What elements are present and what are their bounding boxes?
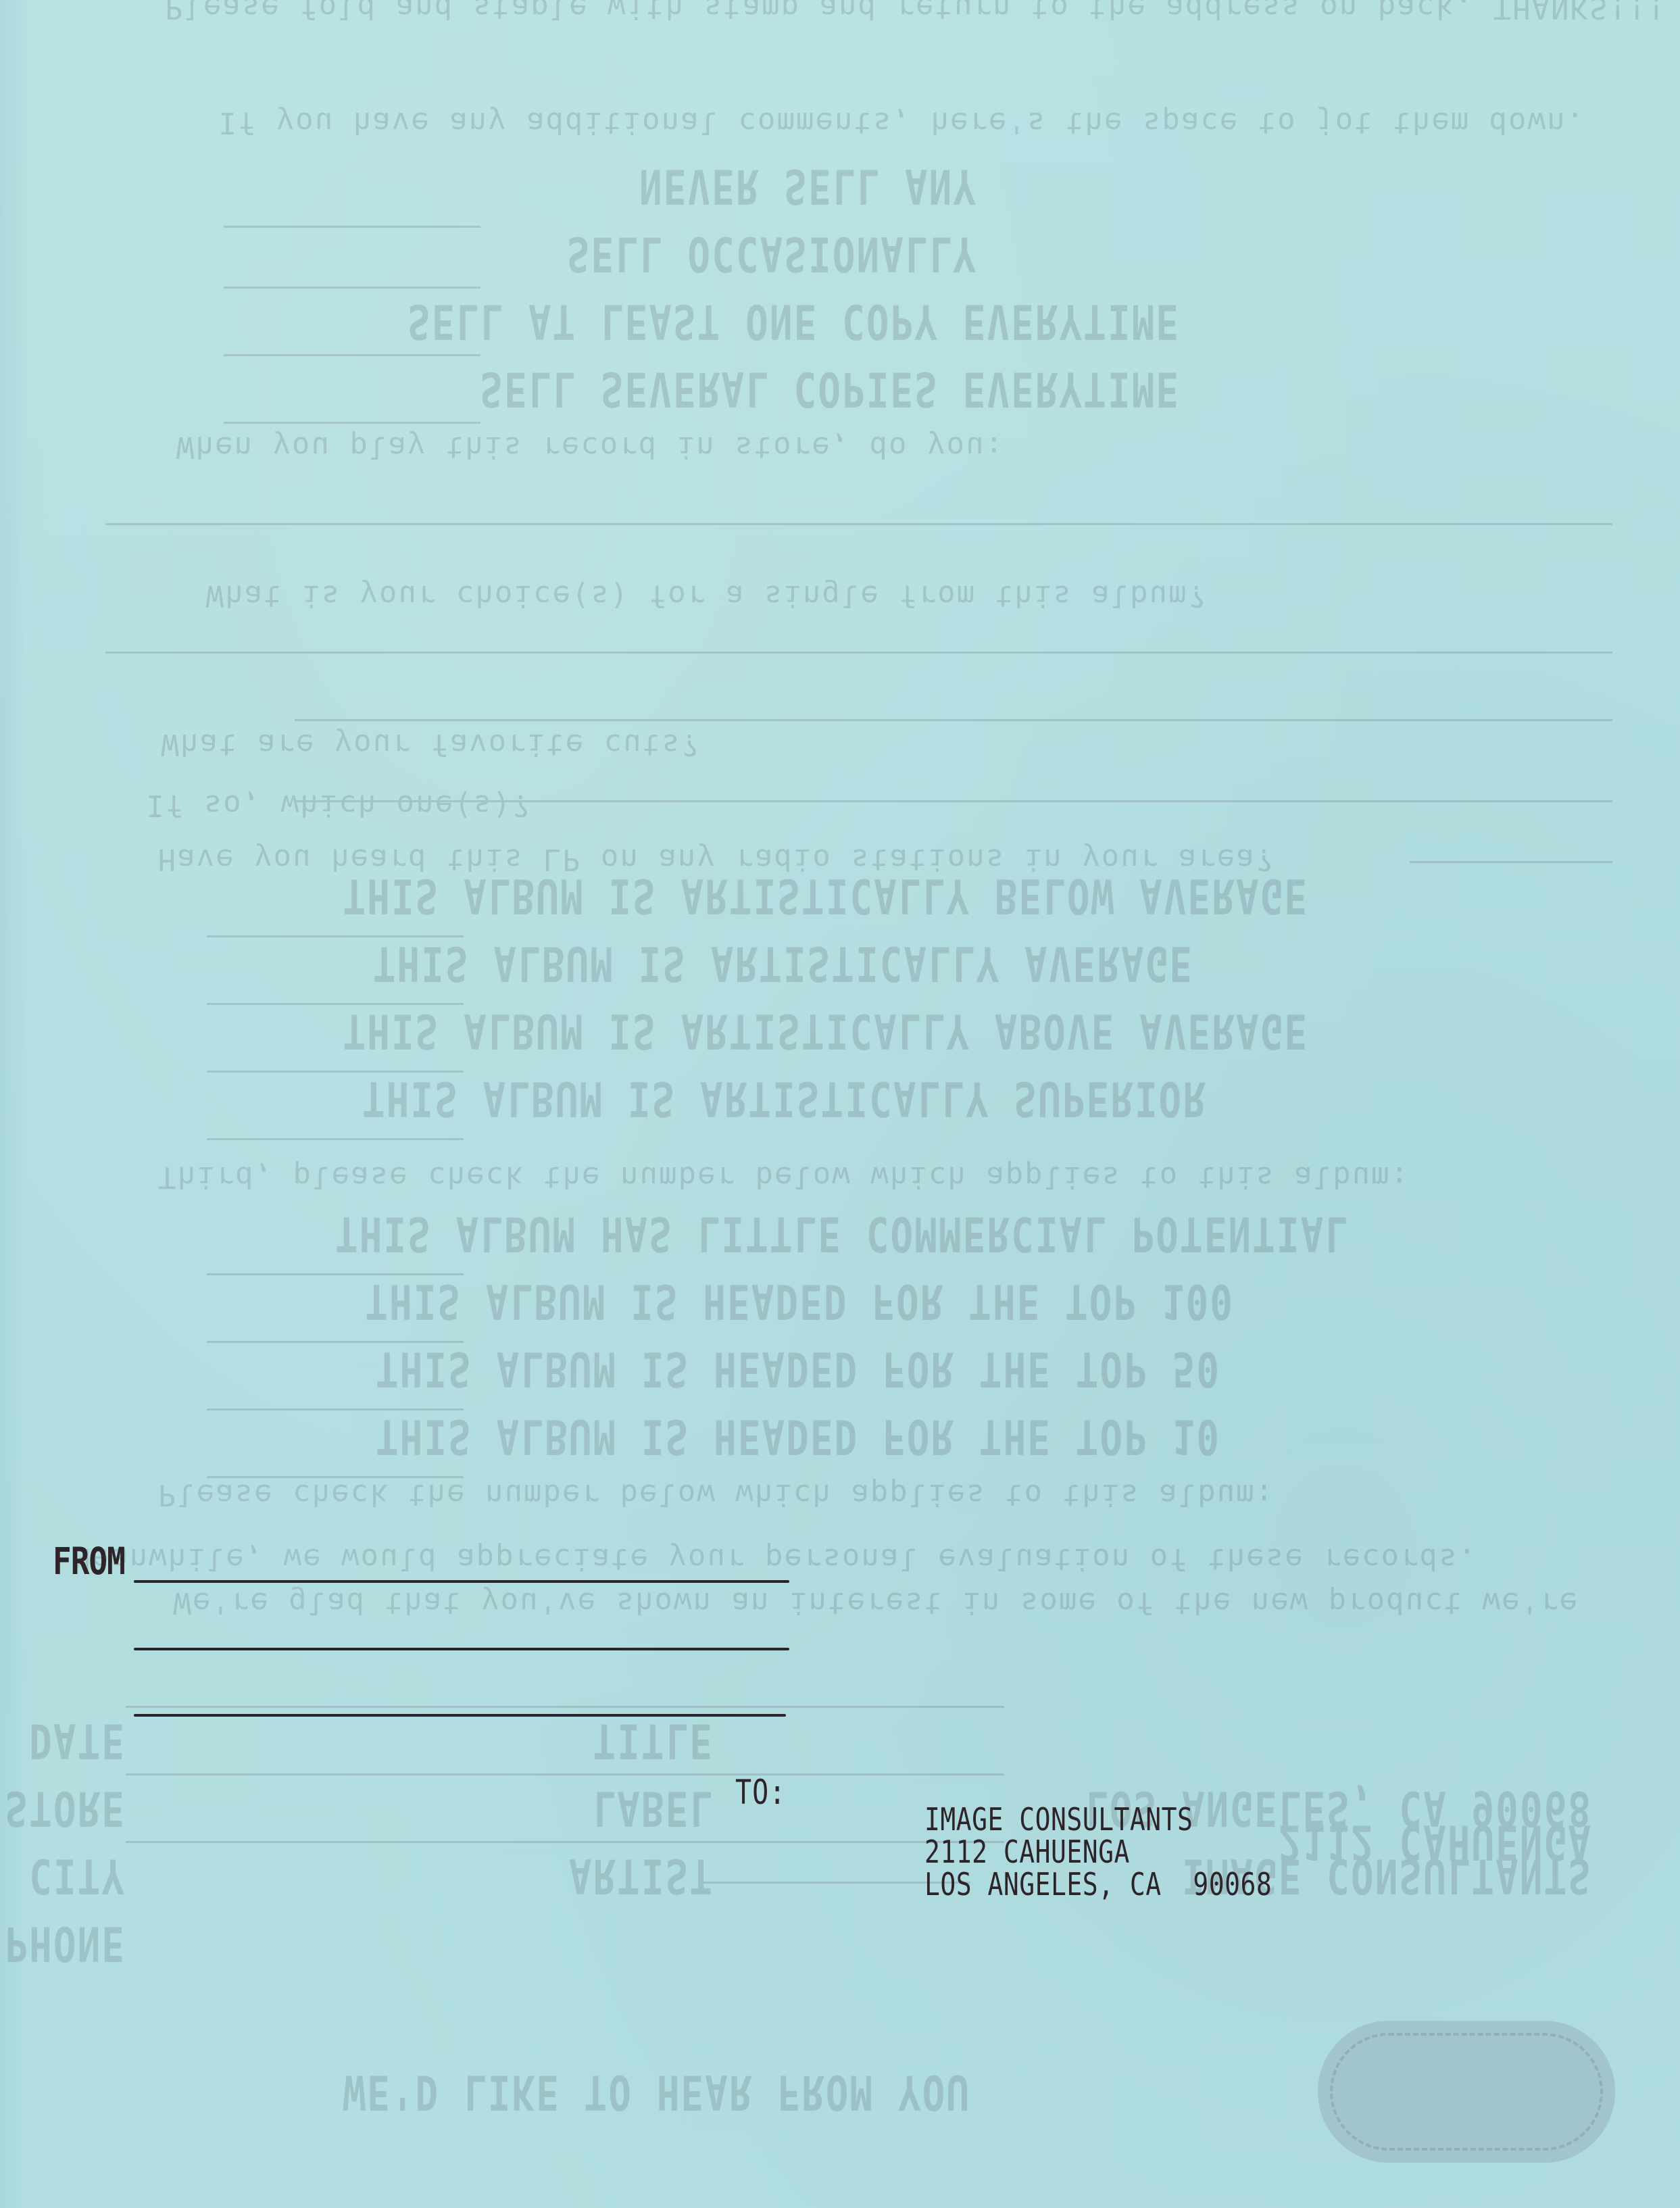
paper-background bbox=[0, 0, 1680, 2208]
from-block: FROM bbox=[53, 1546, 125, 1583]
from-label: FROM bbox=[53, 1539, 125, 1583]
recipient-address: IMAGE CONSULTANTS 2112 CAHUENGA LOS ANGE… bbox=[924, 1800, 1272, 1897]
to-label: TO: bbox=[735, 1773, 786, 1813]
from-line-1[interactable] bbox=[134, 1580, 789, 1583]
from-line-3[interactable] bbox=[134, 1714, 786, 1717]
from-line-2[interactable] bbox=[134, 1648, 789, 1650]
address-city-state-zip: LOS ANGELES, CA 90068 bbox=[924, 1865, 1272, 1905]
